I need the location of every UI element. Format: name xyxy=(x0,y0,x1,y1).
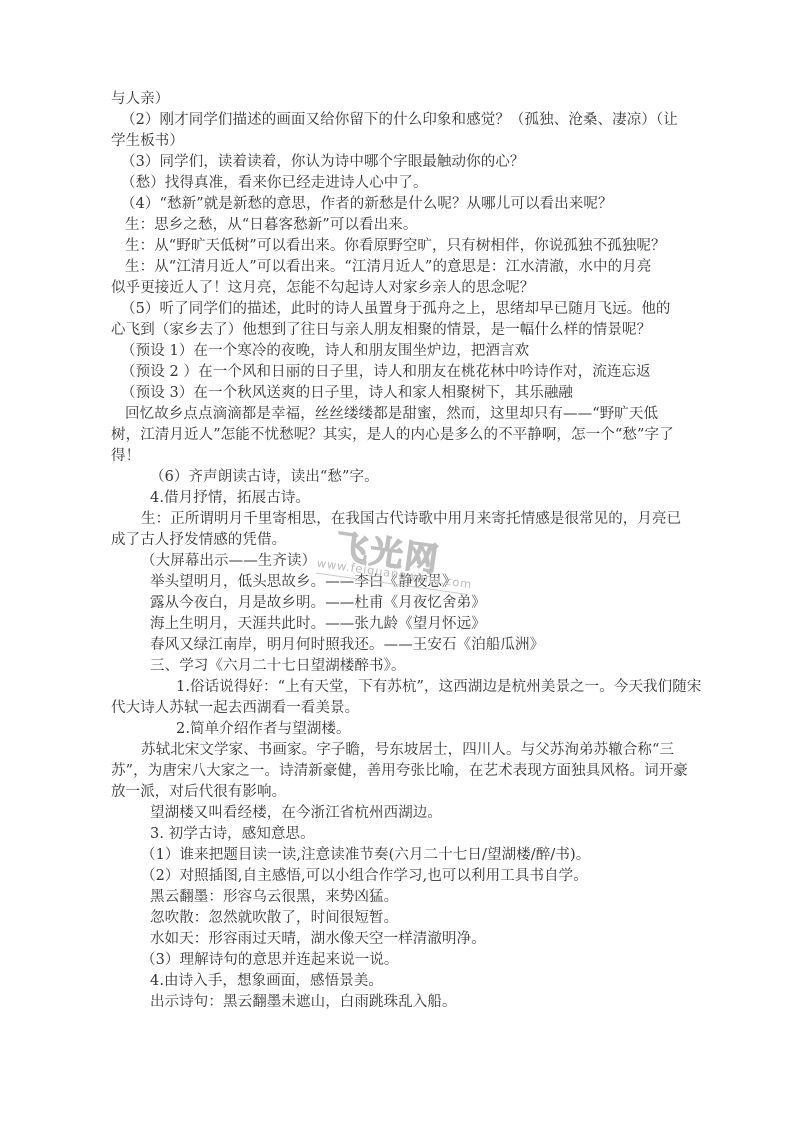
text-line: 代大诗人苏轼一起去西湖看一看美景。 xyxy=(111,698,711,719)
text-line: 生：从“江清月近人”可以看出来。“江清月近人”的意思是：江水清澈，水中的月亮 xyxy=(111,257,711,278)
text-line: 出示诗句：黑云翻墨未遮山，白雨跳珠乱入船。 xyxy=(111,992,711,1013)
text-line: 举头望明月，低头思故乡。——李白《静夜思》 xyxy=(111,572,711,593)
text-line: （6）齐声朗读古诗，读出“愁”字。 xyxy=(111,467,711,488)
text-line: 得！ xyxy=(111,446,711,467)
text-line: 学生板书） xyxy=(111,131,711,152)
text-line: 1.俗话说得好：“上有天堂，下有苏杭”，这西湖边是杭州美景之一。今天我们随宋 xyxy=(111,677,711,698)
text-line: 4.由诗入手，想象画面，感悟景美。 xyxy=(111,971,711,992)
text-line: 水如天：形容雨过天晴，湖水像天空一样清澈明净。 xyxy=(111,929,711,950)
text-line: （1）谁来把题目读一读,注意读准节奏(六月二十七日/望湖楼/醉/书)。 xyxy=(111,845,711,866)
text-line: （3）同学们，读着读着，你认为诗中哪个字眼最触动你的心？ xyxy=(111,152,711,173)
text-line: 忽吹散：忽然就吹散了，时间很短暂。 xyxy=(111,908,711,929)
text-line: 生：正所谓明月千里寄相思，在我国古代诗歌中用月来寄托情感是很常见的，月亮已 xyxy=(111,509,711,530)
text-line: 3. 初学古诗，感知意思。 xyxy=(111,824,711,845)
text-line: （愁）找得真准，看来你已经走进诗人心中了。 xyxy=(111,173,711,194)
text-line: （2）对照插图,自主感悟,可以小组合作学习,也可以利用工具书自学。 xyxy=(111,866,711,887)
text-line: 似乎更接近人了！这月亮，怎能不勾起诗人对家乡亲人的思念呢？ xyxy=(111,278,711,299)
text-line: 回忆故乡点点滴滴都是幸福，丝丝缕缕都是甜蜜，然而，这里却只有——“野旷天低 xyxy=(111,404,711,425)
text-line: 春风又绿江南岸，明月何时照我还。——王安石《泊船瓜洲》 xyxy=(111,635,711,656)
text-line: （预设 3）在一个秋风送爽的日子里，诗人和家人相聚树下，其乐融融 xyxy=(111,383,711,404)
text-line: 树，江清月近人”怎能不忧愁呢？其实，是人的内心是多么的不平静啊，怎一个“愁”字了 xyxy=(111,425,711,446)
text-line: 成了古人抒发情感的凭借。 xyxy=(111,530,711,551)
text-line: 海上生明月，天涯共此时。——张九龄《望月怀远》 xyxy=(111,614,711,635)
document-page: 与人亲）（2）刚才同学们描述的画面又给你留下的什么印象和感觉？（孤独、沧桑、凄凉… xyxy=(0,0,793,1122)
text-line: 望湖楼又叫看经楼，在今浙江省杭州西湖边。 xyxy=(111,803,711,824)
text-line: （5）听了同学们的描述，此时的诗人虽置身于孤舟之上，思绪却早已随月飞远。他的 xyxy=(111,299,711,320)
text-line: 黑云翻墨：形容乌云很黑，来势凶猛。 xyxy=(111,887,711,908)
text-line: 4.借月抒情，拓展古诗。 xyxy=(111,488,711,509)
text-line: （4）“愁新”就是新愁的意思，作者的新愁是什么呢？从哪儿可以看出来呢？ xyxy=(111,194,711,215)
text-line: （预设 2 ）在一个风和日丽的日子里，诗人和朋友在桃花林中吟诗作对，流连忘返 xyxy=(111,362,711,383)
text-line: 与人亲） xyxy=(111,89,711,110)
text-line: 三、学习《六月二十七日望湖楼醉书》。 xyxy=(111,656,711,677)
document-text-block: 与人亲）（2）刚才同学们描述的画面又给你留下的什么印象和感觉？（孤独、沧桑、凄凉… xyxy=(111,89,711,1013)
text-line: （3）理解诗句的意思并连起来说一说。 xyxy=(111,950,711,971)
text-line: （2）刚才同学们描述的画面又给你留下的什么印象和感觉？（孤独、沧桑、凄凉）（让 xyxy=(111,110,711,131)
text-line: （大屏幕出示——生齐读） xyxy=(111,551,711,572)
text-line: 2.简单介绍作者与望湖楼。 xyxy=(111,719,711,740)
text-line: （预设 1）在一个寒冷的夜晚，诗人和朋友围坐炉边，把酒言欢 xyxy=(111,341,711,362)
text-line: 放一派，对后代很有影响。 xyxy=(111,782,711,803)
text-line: 苏”，为唐宋八大家之一。诗清新豪健，善用夸张比喻，在艺术表现方面独具风格。词开豪 xyxy=(111,761,711,782)
text-line: 生：从“野旷天低树”可以看出来。你看原野空旷，只有树相伴，你说孤独不孤独呢？ xyxy=(111,236,711,257)
text-line: 苏轼北宋文学家、书画家。字子瞻，号东坡居士，四川人。与父苏洵弟苏辙合称“三 xyxy=(111,740,711,761)
text-line: 露从今夜白，月是故乡明。——杜甫《月夜忆舍弟》 xyxy=(111,593,711,614)
text-line: 心飞到（家乡去了）他想到了往日与亲人朋友相聚的情景，是一幅什么样的情景呢？ xyxy=(111,320,711,341)
text-line: 生：思乡之愁，从“日暮客愁新”可以看出来。 xyxy=(111,215,711,236)
